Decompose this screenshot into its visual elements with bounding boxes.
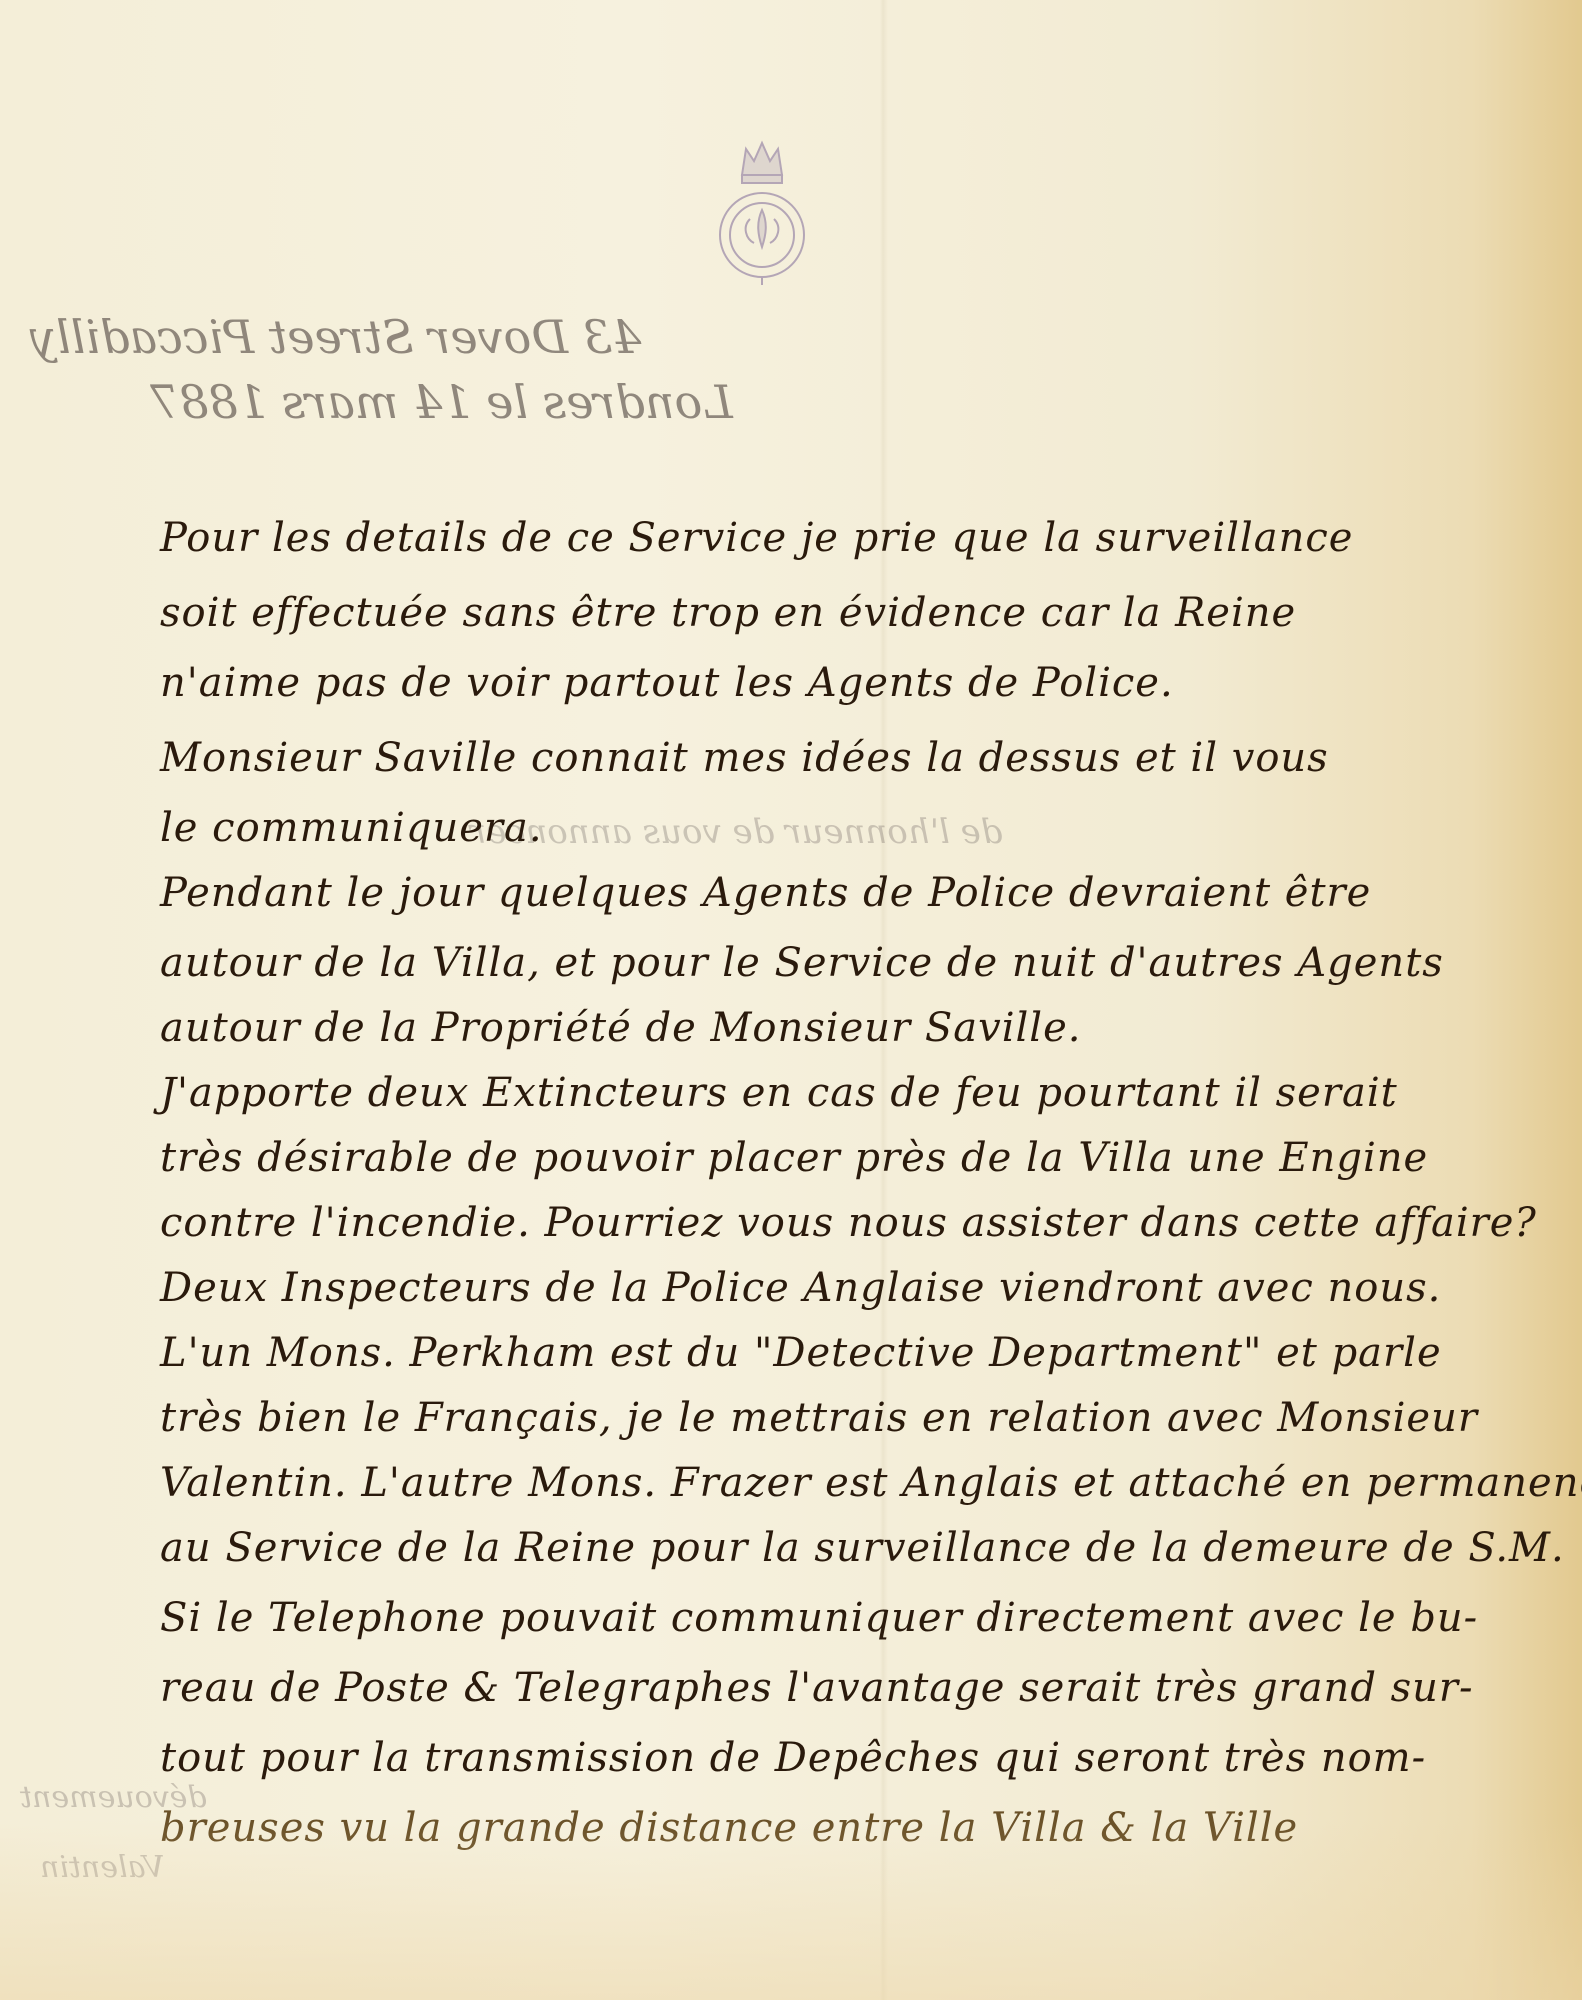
letter-line: Valentin. L'autre Mons. Frazer est Angla… [160,1460,1582,1506]
mirrored-address: 43 Dover Street Piccadilly [30,310,641,364]
letter-line: autour de la Propriété de Monsieur Savil… [160,1005,1081,1051]
letter-line: Pendant le jour quelques Agents de Polic… [160,870,1371,916]
letter-line: tout pour la transmission de Depêches qu… [160,1735,1426,1781]
letter-line: Si le Telephone pouvait communiquer dire… [160,1595,1478,1641]
letter-line: L'un Mons. Perkham est du "Detective Dep… [160,1330,1442,1376]
letter-line: J'apporte deux Extincteurs en cas de feu… [160,1070,1398,1116]
royal-crest-icon [712,135,812,305]
letter-line: très désirable de pouvoir placer près de… [160,1135,1428,1181]
letter-line: Deux Inspecteurs de la Police Anglaise v… [160,1265,1441,1311]
mirrored-dateline: Londres le 14 mars 1887 [150,375,733,429]
letter-line: n'aime pas de voir partout les Agents de… [160,660,1174,706]
letter-line: autour de la Villa, et pour le Service d… [160,940,1444,986]
bleed-through-text: Valentin [40,1850,164,1885]
letter-line: soit effectuée sans être trop en évidenc… [160,590,1296,636]
letter-page: de l'honneur de vous annoncer dévouement… [0,0,1582,2000]
letter-line: au Service de la Reine pour la surveilla… [160,1525,1565,1571]
letter-line: reau de Poste & Telegraphes l'avantage s… [160,1665,1474,1711]
letter-line: très bien le Français, je le mettrais en… [160,1395,1478,1441]
letter-line: Monsieur Saville connait mes idées la de… [160,735,1329,781]
letter-line: breuses vu la grande distance entre la V… [160,1805,1298,1851]
letter-line: le communiquera. [160,805,543,851]
bleed-through-text: de l'honneur de vous annoncer [470,812,1003,852]
letter-line: Pour les details de ce Service je prie q… [160,515,1353,561]
letter-line: contre l'incendie. Pourriez vous nous as… [160,1200,1537,1246]
